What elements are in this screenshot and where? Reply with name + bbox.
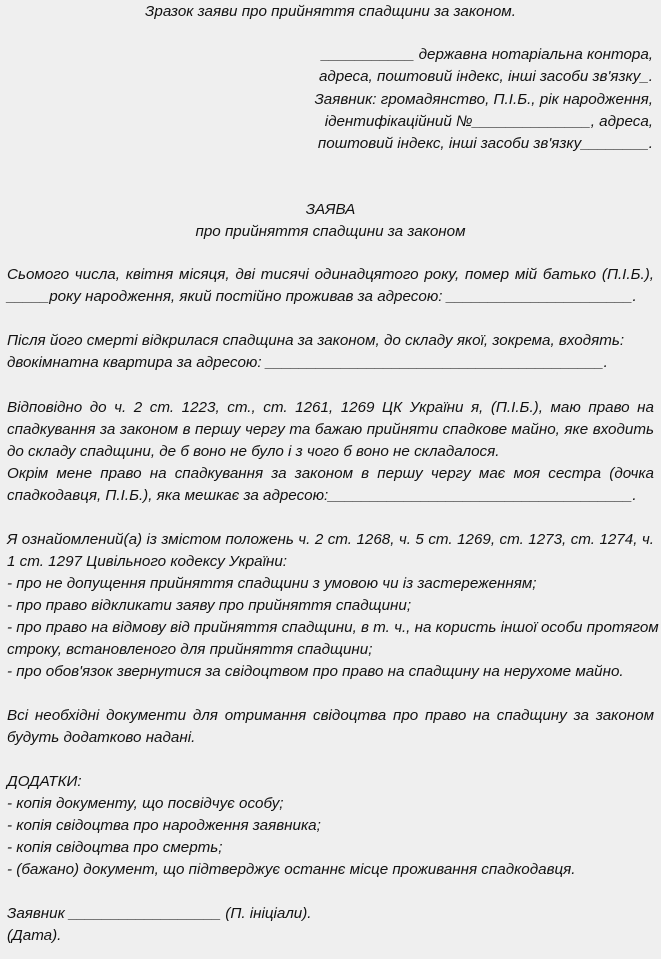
document-title: ЗАЯВА xyxy=(0,199,661,221)
paragraph-line: до складу спадщини, де б воно не було і … xyxy=(7,441,499,463)
paragraph-line: Окрім мене право на спадкування за закон… xyxy=(7,463,654,485)
paragraph-line: _____року народження, який постійно прож… xyxy=(7,286,637,308)
attachment-item: - (бажано) документ, що підтверджує оста… xyxy=(7,859,576,881)
list-item: строку, встановленого для прийняття спад… xyxy=(7,639,372,661)
attachments-heading: ДОДАТКИ: xyxy=(7,771,82,793)
paragraph-line: Сьомого числа, квітня місяця, дві тисячі… xyxy=(7,264,654,286)
header-line: поштовий індекс, інші засоби зв'язку____… xyxy=(318,133,653,155)
paragraph-line: 1 ст. 1297 Цивільного кодексу України: xyxy=(7,551,287,573)
list-item: - про право відкликати заяву про прийнят… xyxy=(7,595,411,617)
attachment-item: - копія свідоцтва про смерть; xyxy=(7,837,223,859)
paragraph-line: Всі необхідні документи для отримання св… xyxy=(7,705,654,727)
paragraph-line: Відповідно до ч. 2 ст. 1223, ст., ст. 12… xyxy=(7,397,654,419)
header-line: адреса, поштовий індекс, інші засоби зв'… xyxy=(319,66,653,88)
header-line: ___________ державна нотаріальна контора… xyxy=(321,44,653,66)
header-line: Заявник: громадянство, П.І.Б., рік народ… xyxy=(314,89,653,111)
paragraph-line: спадкування за законом в першу чергу та … xyxy=(7,419,654,441)
paragraph-line: спадкодавця, П.І.Б.), яка мешкає за адре… xyxy=(7,485,637,507)
list-item: - про обов'язок звернутися за свідоцтвом… xyxy=(7,661,624,683)
document-caption: Зразок заяви про прийняття спадщини за з… xyxy=(0,1,661,23)
paragraph-line: будуть додатково надані. xyxy=(7,727,195,749)
document-subtitle: про прийняття спадщини за законом xyxy=(0,221,661,243)
list-item: - про право на відмову від прийняття спа… xyxy=(7,617,659,639)
signature-line: Заявник __________________ (П. ініціали)… xyxy=(7,903,312,925)
paragraph-line: Я ознайомлений(а) із змістом положень ч.… xyxy=(7,529,654,551)
paragraph-line: двокімнатна квартира за адресою: _______… xyxy=(7,352,608,374)
list-item: - про не допущення прийняття спадщини з … xyxy=(7,573,537,595)
paragraph-line: Після його смерті відкрилася спадщина за… xyxy=(7,330,624,352)
header-line: ідентифікаційний №______________, адреса… xyxy=(325,111,653,133)
attachment-item: - копія документу, що посвідчує особу; xyxy=(7,793,284,815)
attachment-item: - копія свідоцтва про народження заявник… xyxy=(7,815,321,837)
date-line: (Дата). xyxy=(7,925,61,947)
